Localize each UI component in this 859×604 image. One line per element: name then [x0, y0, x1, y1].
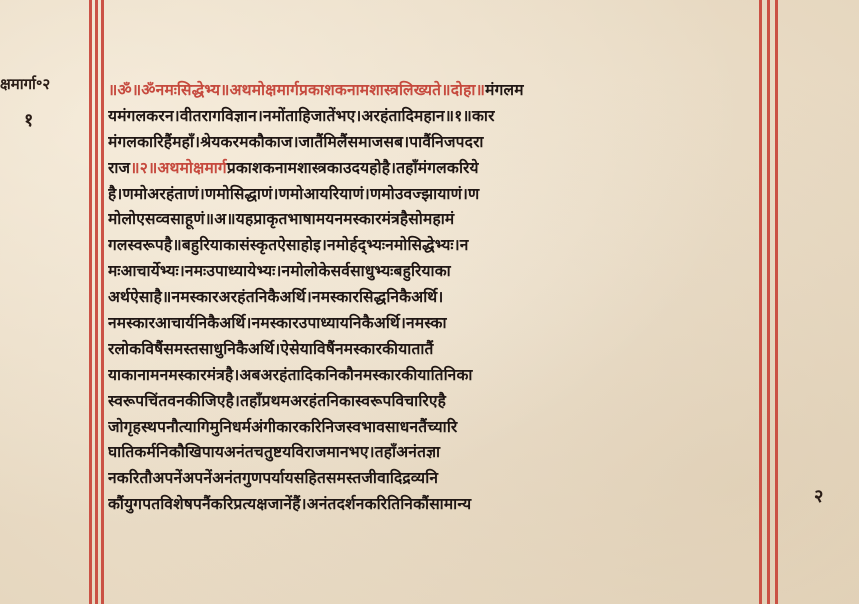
text-line: जोगृहस्थपनौत्यागिमुनिधर्मअंगीकारकरिनिजस्… [108, 415, 758, 441]
body-text: नमस्कारआचार्यनिकैअर्थि।नमस्कारउपाध्यायनि… [108, 314, 447, 332]
left-margin-folio-number: १ [24, 108, 33, 132]
text-line: राज॥२॥अथमोक्षमार्गप्रकाशकनामशास्त्रकाउदय… [108, 156, 758, 182]
text-line: नकरितौअपनेंअपनेंअनंतगुणपर्यायसहितसमस्तजी… [108, 466, 758, 492]
body-text: प्रकाशकनामशास्त्रकाउदयहोहै।तहाँमंगलकरिये [227, 159, 479, 177]
manuscript-text-block: ॥ॐ॥ॐनमःसिद्धेभ्य॥अथमोक्षमार्गप्रकाशकनामश… [108, 78, 758, 518]
body-text: जोगृहस्थपनौत्यागिमुनिधर्मअंगीकारकरिनिजस्… [108, 418, 457, 436]
rubric-text: ॥ॐ॥ॐनमःसिद्धेभ्य॥अथमोक्षमार्गप्रकाशकनामश… [108, 81, 485, 99]
body-text: गलस्वरूपहै॥बहुरियाकासंस्कृतऐसाहोइ।नमोर्ह… [108, 236, 469, 254]
left-border-rule-1 [89, 0, 92, 604]
rubric-text: ॥२॥अथमोक्षमार्ग [130, 159, 227, 177]
left-border-rule-2 [95, 0, 98, 604]
text-line: अर्थऐसाहै॥नमस्कारअरहंतनिकैअर्थि।नमस्कारस… [108, 285, 758, 311]
left-margin-title: क्षमार्गा॰२ [0, 74, 50, 94]
body-text: मंगलम [485, 81, 524, 99]
body-text: घातिकर्मनिकौखिपायअनंतचतुष्टयविराजमानभए।त… [108, 443, 440, 461]
text-line: रलोकविषैंसमस्तसाधुनिकैअर्थि।ऐसेयाविषैंनम… [108, 337, 758, 363]
right-margin-folio-number: २ [814, 484, 823, 508]
body-text: मंगलकारिहैंमहाँ।श्रेयकरमकौकाज।जातैंमिलैं… [108, 133, 484, 151]
body-text: है।णमोअरहंताणं।णमोसिद्धाणं।णमोआयरियाणं।ण… [108, 185, 479, 203]
left-border-rule-3 [101, 0, 104, 604]
text-line: गलस्वरूपहै॥बहुरियाकासंस्कृतऐसाहोइ।नमोर्ह… [108, 233, 758, 259]
body-text: याकानामनमस्कारमंत्रहै।अबअरहंतादिकनिकौनमस… [108, 366, 473, 384]
body-text: स्वरूपचिंतवनकीजिएहै।तहाँप्रथमअरहंतनिकास्… [108, 392, 446, 410]
text-line: स्वरूपचिंतवनकीजिएहै।तहाँप्रथमअरहंतनिकास्… [108, 389, 758, 415]
text-line: ॥ॐ॥ॐनमःसिद्धेभ्य॥अथमोक्षमार्गप्रकाशकनामश… [108, 78, 758, 104]
right-border-rule-3 [775, 0, 778, 604]
body-text: कौंयुगपतविशेषपनैंकरिप्रत्यक्षजानेंहैं।अन… [108, 495, 471, 513]
text-line: है।णमोअरहंताणं।णमोसिद्धाणं।णमोआयरियाणं।ण… [108, 182, 758, 208]
body-text: अर्थऐसाहै॥नमस्कारअरहंतनिकैअर्थि।नमस्कारस… [108, 288, 443, 306]
text-line: मोलोएसव्वसाहूणं॥अ॥यहप्राकृतभाषामयनमस्कार… [108, 207, 758, 233]
body-text: रलोकविषैंसमस्तसाधुनिकैअर्थि।ऐसेयाविषैंनम… [108, 340, 434, 358]
text-line: मंगलकारिहैंमहाँ।श्रेयकरमकौकाज।जातैंमिलैं… [108, 130, 758, 156]
text-line: नमस्कारआचार्यनिकैअर्थि।नमस्कारउपाध्यायनि… [108, 311, 758, 337]
text-line: मःआचार्येभ्यः।नमःउपाध्यायेभ्यः।नमोलोकेसर… [108, 259, 758, 285]
body-text: मःआचार्येभ्यः।नमःउपाध्यायेभ्यः।नमोलोकेसर… [108, 262, 451, 280]
text-line: याकानामनमस्कारमंत्रहै।अबअरहंतादिकनिकौनमस… [108, 363, 758, 389]
body-text: मोलोएसव्वसाहूणं॥अ॥यहप्राकृतभाषामयनमस्कार… [108, 210, 454, 228]
manuscript-page: क्षमार्गा॰२ १ २ ॥ॐ॥ॐनमःसिद्धेभ्य॥अथमोक्ष… [0, 0, 859, 604]
body-text: नकरितौअपनेंअपनेंअनंतगुणपर्यायसहितसमस्तजी… [108, 469, 438, 487]
right-border-rule-1 [759, 0, 762, 604]
right-border-rule-2 [767, 0, 770, 604]
text-line: यमंगलकरन।वीतरागविज्ञान।नमोंताहिजातेंभए।अ… [108, 104, 758, 130]
body-text: राज [108, 159, 130, 177]
text-line: कौंयुगपतविशेषपनैंकरिप्रत्यक्षजानेंहैं।अन… [108, 492, 758, 518]
text-line: घातिकर्मनिकौखिपायअनंतचतुष्टयविराजमानभए।त… [108, 440, 758, 466]
body-text: यमंगलकरन।वीतरागविज्ञान।नमोंताहिजातेंभए।अ… [108, 107, 495, 125]
